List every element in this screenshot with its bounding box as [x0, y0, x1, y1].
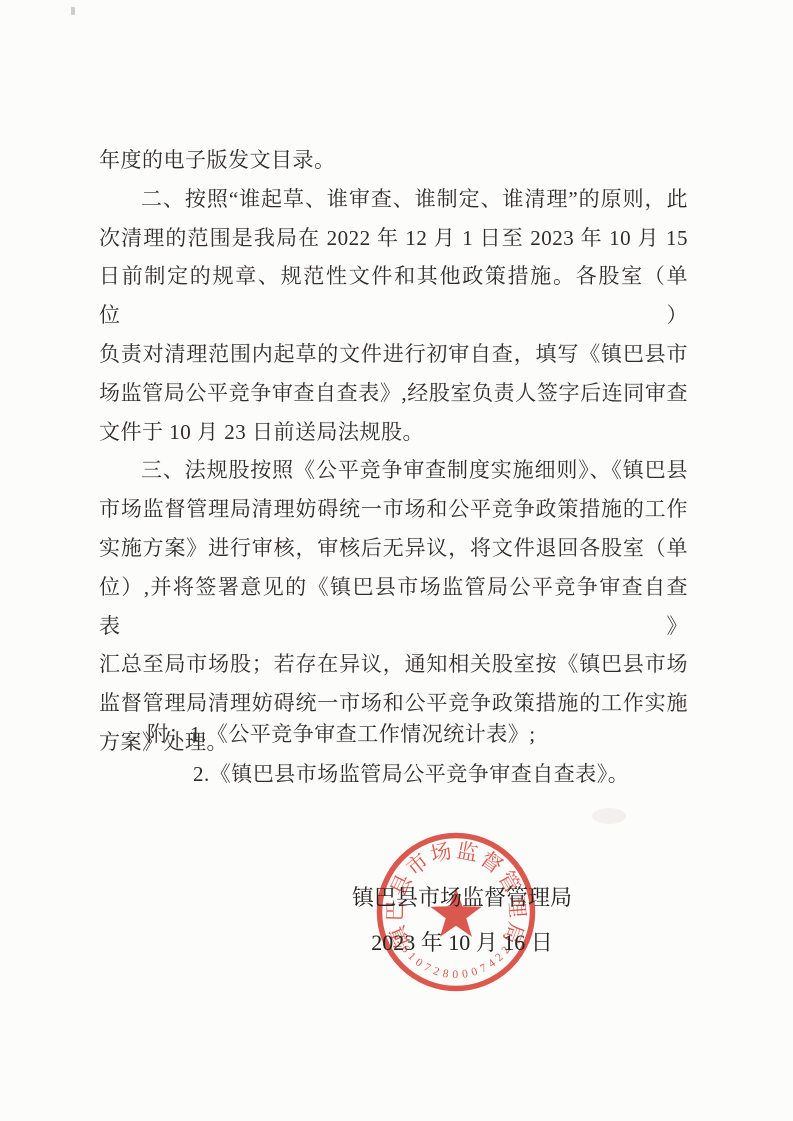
body-line: 日前制定的规章、规范性文件和其他政策措施。各股室（单位）: [99, 257, 688, 335]
attachment-block: 附：1.《公平竞争审查工作情况统计表》; 2.《镇巴县市场监管局公平竞争审查自查…: [99, 714, 688, 794]
scan-artifact-speck: [71, 7, 75, 15]
scan-artifact-smudge: [592, 808, 626, 824]
body-line: 负责对清理范围内起草的文件进行初审自查，填写《镇巴县市: [99, 335, 688, 374]
body-line: 位）,并将签署意见的《镇巴县市场监管局公平竞争审查自查表》: [99, 568, 688, 646]
document-body: 年度的电子版发文目录。 二、按照“谁起草、谁审查、谁制定、谁清理”的原则，此 次…: [99, 141, 688, 762]
body-line: 市场监督管理局清理妨碍统一市场和公平竞争政策措施的工作: [99, 490, 688, 529]
body-line: 年度的电子版发文目录。: [99, 141, 688, 180]
body-line: 场监管局公平竞争审查自查表》,经股室负责人签字后连同审查: [99, 374, 688, 413]
body-line: 汇总至局市场股；若存在异议，通知相关股室按《镇巴县市场: [99, 645, 688, 684]
document-page: 年度的电子版发文目录。 二、按照“谁起草、谁审查、谁制定、谁清理”的原则，此 次…: [0, 0, 793, 1121]
body-line: 文件于 10 月 23 日前送局法规股。: [99, 413, 688, 452]
body-line: 次清理的范围是我局在 2022 年 12 月 1 日至 2023 年 10 月 …: [99, 219, 688, 258]
body-line: 二、按照“谁起草、谁审查、谁制定、谁清理”的原则，此: [99, 180, 688, 219]
attachment-line-2: 2.《镇巴县市场监管局公平竞争审查自查表》。: [99, 754, 688, 794]
body-line: 实施方案》进行审核，审核后无异议，将文件退回各股室（单: [99, 529, 688, 568]
signature-date: 2023 年 10 月 16 日: [342, 926, 582, 957]
body-line: 三、法规股按照《公平竞争审查制度实施细则》、《镇巴县: [99, 451, 688, 490]
signature-block: 镇巴县市场监督管理局 2023 年 10 月 16 日: [342, 881, 582, 957]
signature-agency: 镇巴县市场监督管理局: [342, 881, 582, 912]
attachment-line-1: 附：1.《公平竞争审查工作情况统计表》;: [99, 714, 688, 754]
